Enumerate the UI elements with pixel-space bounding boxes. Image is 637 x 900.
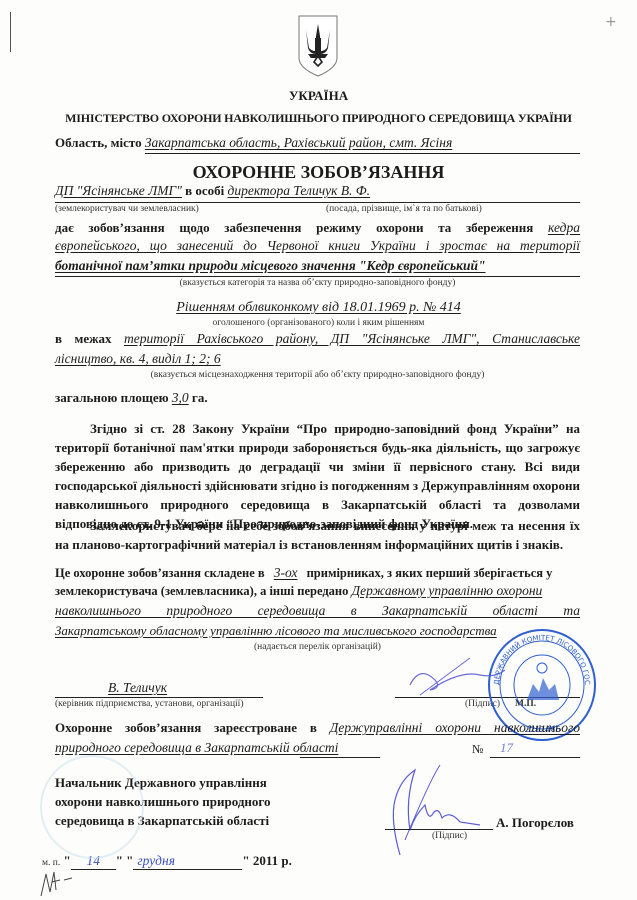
recipients-value-1: Державному управлінню охорони [352,583,543,598]
location-label: в межах [55,331,112,346]
copies-line-2: землекористувача (землевласника), а інші… [55,583,580,599]
date-seal-label: м. п. [42,858,60,868]
region-label: Область, місто [55,135,142,150]
region-underline [145,153,580,154]
head-name-line [55,697,263,698]
party-underline [55,202,580,203]
ministry-heading: МІНІСТЕРСТВО ОХОРОНИ НАВКОЛИШНЬОГО ПРИРО… [0,111,637,126]
country-heading: УКРАЇНА [0,88,637,104]
registration-number-value: 17 [500,740,513,756]
object-value-2: європейського, що занесений до Червоної … [55,238,580,254]
area-value: 3,0 [172,390,189,405]
document-page: + УКРАЇНА МІНІСТЕРСТВО ОХОРОНИ НАВКОЛИШН… [0,0,637,900]
location-line-1: в межах території Рахівського району, ДП… [55,331,580,347]
area-unit: га. [192,390,208,405]
object-caption: (вказується категорія та назва об’єкту п… [55,278,580,288]
copies-text-before: Це охоронне зобов’язання складене в [55,566,265,580]
recipients-value-2: навколишнього природного середовища в За… [55,603,580,619]
registration-authority-2: природного середовища в Закарпатській об… [55,740,338,756]
copies-count: 3-ох [268,565,304,580]
copies-text-line2: землекористувача (землевласника), а інші… [55,584,348,598]
land-user-caption: (землекористувач чи землевласник) [55,204,199,214]
registration-line-1: Охоронне зобов’язання зареєстроване в Де… [55,720,580,736]
initials-scribble [38,868,88,898]
date-year: " 2011 р. [242,853,291,868]
location-value-1: території Рахівського району, ДП "Ясінян… [124,331,580,346]
registration-number-line [490,757,580,758]
head-caption: (керівник підприємства, установи, органі… [55,699,244,709]
head-name: В. Теличук [108,680,167,696]
decision-caption: оголошеного (організованого) коли і яким… [0,318,637,328]
location-value-2: лісництво, кв. 4, виділ 1; 2; 6 [55,351,221,367]
obligation-paragraph: Землекористувач бере на себе зобов’язанн… [55,516,580,554]
chief-signature-line [385,829,493,830]
chief-signature-scribble [370,760,500,860]
object-underline [55,276,580,277]
registration-authority-1: Держуправлінні охорони навколишнього [330,720,580,735]
copies-line-1: Це охоронне зобов’язання складене в 3-ох… [55,563,580,583]
person-caption: (посада, прізвище, ім`я та по батькові) [326,204,482,214]
chief-name: А. Погорєлов [496,815,574,831]
area-label: загальною площею [55,390,169,405]
region-row: Область, місто Закарпатська область, Рах… [55,135,580,151]
in-person-label: в особі [185,183,224,198]
object-value-1: кедра [548,220,580,235]
object-value-3: ботанічної пам’ятки природи місцевого зн… [55,258,486,274]
corner-mark: + [605,14,617,30]
document-title: ОХОРОННЕ ЗОБОВ’ЯЗАННЯ [0,162,637,183]
registration-text: Охоронне зобов’язання зареєстроване в [55,720,317,735]
party-row: ДП "Ясінянське ЛМГ" в особі директора Те… [55,183,580,199]
registration-number-label: № [472,742,483,757]
date-month: грудня [133,853,242,870]
chief-signature-caption: (Підпис) [432,831,467,841]
svg-text:ДЕРЖАВНИЙ КОМІТЕТ ЛІСОВОГО ГОС: ДЕРЖАВНИЙ КОМІТЕТ ЛІСОВОГО ГОСПОДАРСТВА [485,628,591,685]
margin-mark [10,12,11,52]
region-value: Закарпатська область, Рахівський район, … [145,135,452,150]
obligation-intro: дає зобов’язання щодо забезпечення режим… [55,220,533,235]
area-row: загальною площею 3,0 га. [55,390,208,406]
registration-underline [300,757,380,758]
copies-text-after: примірниках, з яких перший зберігається … [307,566,553,580]
location-caption: (вказується місцезнаходження території а… [55,370,580,380]
faint-stamp-ghost [40,755,144,859]
obligation-line-1: дає зобов’язання щодо забезпечення режим… [55,218,580,237]
trident-emblem-icon [296,14,340,78]
director-value: директора Теличук В. Ф. [228,183,371,198]
decision-value: Рішенням облвиконкому від 18.01.1969 р. … [0,300,637,316]
land-user-value: ДП "Ясінянське ЛМГ" [55,183,182,198]
